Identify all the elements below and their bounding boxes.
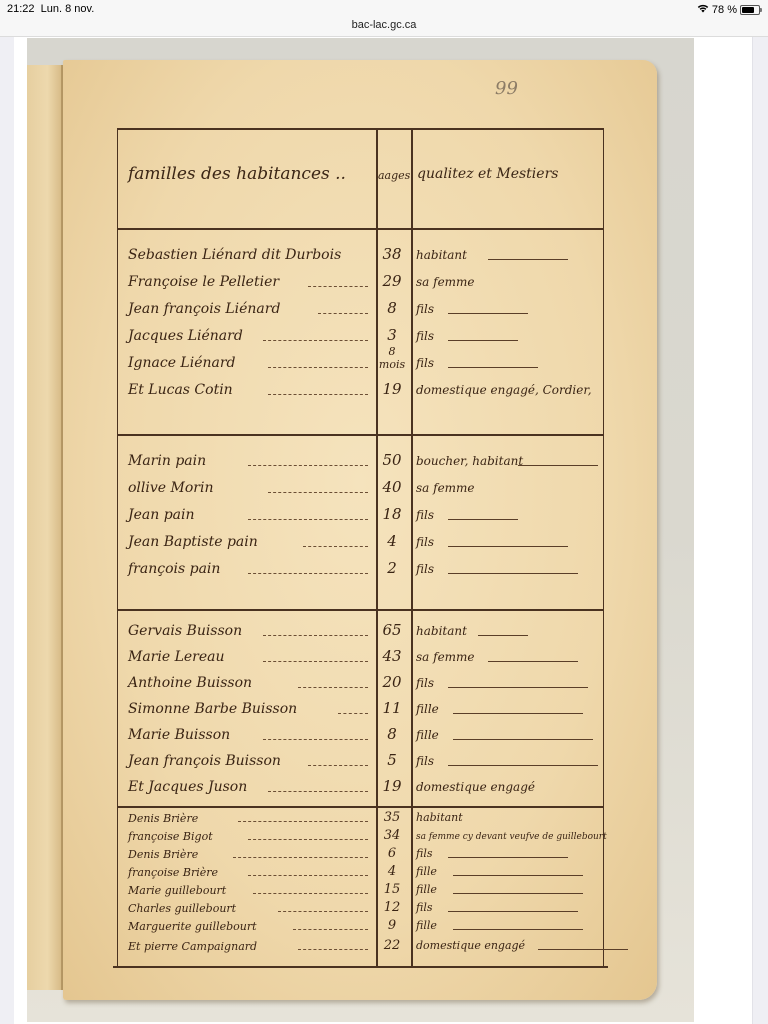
member-age: 8 bbox=[374, 299, 410, 317]
member-age: 8 bbox=[374, 725, 410, 743]
member-age: 4 bbox=[374, 532, 410, 550]
manuscript-scan: 99 familles des habitances .. aages qual… bbox=[27, 38, 694, 1022]
member-name: françois pain bbox=[128, 561, 220, 577]
member-quality: fille bbox=[416, 702, 439, 716]
leader-dots bbox=[248, 519, 368, 520]
member-quality: habitant bbox=[416, 248, 467, 262]
quality-line bbox=[448, 911, 578, 912]
member-quality: fille bbox=[416, 865, 437, 878]
member-age: 4 bbox=[374, 864, 410, 879]
leader-dots bbox=[263, 340, 368, 341]
quality-line bbox=[448, 857, 568, 858]
member-name: Jean Baptiste pain bbox=[128, 534, 258, 550]
member-name: Denis Brière bbox=[128, 812, 198, 825]
quality-line bbox=[453, 893, 583, 894]
member-quality: fille bbox=[416, 919, 437, 932]
member-quality: sa femme bbox=[416, 481, 475, 495]
member-quality: sa femme bbox=[416, 275, 475, 289]
member-age: 43 bbox=[374, 647, 410, 665]
status-right: 78 % bbox=[697, 3, 760, 16]
table-row: ollive Morin 40 sa femme bbox=[118, 473, 603, 500]
leader-dots bbox=[293, 929, 368, 930]
member-name: Marie Lereau bbox=[128, 649, 225, 665]
header-families: familles des habitances .. bbox=[128, 164, 346, 184]
member-age: 22 bbox=[374, 938, 410, 953]
member-quality: sa femme bbox=[416, 650, 475, 664]
table-row: Et Lucas Cotin 19 domestique engagé, Cor… bbox=[118, 375, 603, 402]
member-quality: fils bbox=[416, 847, 433, 860]
member-age: 18 bbox=[374, 505, 410, 523]
member-quality: domestique engagé, Cordier, bbox=[416, 383, 592, 397]
member-name: Anthoine Buisson bbox=[128, 675, 252, 691]
member-age: 9 bbox=[374, 918, 410, 933]
leader-dots bbox=[248, 875, 368, 876]
table-row: Simonne Barbe Buisson 11 fille bbox=[118, 694, 603, 721]
quality-line bbox=[448, 313, 528, 314]
member-quality: fils bbox=[416, 901, 433, 914]
member-name: Marie Buisson bbox=[128, 727, 230, 743]
family-separator bbox=[118, 609, 603, 611]
member-quality: fils bbox=[416, 329, 434, 343]
quality-line bbox=[488, 259, 568, 260]
member-name: Françoise le Pelletier bbox=[128, 274, 279, 290]
leader-dots bbox=[298, 687, 368, 688]
leader-dots bbox=[268, 791, 368, 792]
member-age: 12 bbox=[374, 900, 410, 915]
member-name: Marie guillebourt bbox=[128, 884, 226, 897]
status-time: 21:22 Lun. 8 nov. bbox=[7, 3, 94, 15]
member-age: 3 bbox=[374, 326, 410, 344]
member-age: 20 bbox=[374, 673, 410, 691]
leader-dots bbox=[263, 661, 368, 662]
quality-line bbox=[488, 661, 578, 662]
battery-icon bbox=[740, 5, 760, 15]
member-age: 11 bbox=[374, 699, 410, 717]
member-quality: fille bbox=[416, 883, 437, 896]
member-quality: boucher, habitant bbox=[416, 454, 523, 468]
quality-line bbox=[453, 739, 593, 740]
member-age: 5 bbox=[374, 751, 410, 769]
table-row: Jean françois Buisson 5 fils bbox=[118, 746, 603, 773]
member-quality: fils bbox=[416, 535, 434, 549]
manuscript-page: 99 familles des habitances .. aages qual… bbox=[63, 60, 657, 1000]
member-name: Gervais Buisson bbox=[128, 623, 242, 639]
quality-line bbox=[453, 875, 583, 876]
leader-dots bbox=[233, 857, 368, 858]
member-quality: fils bbox=[416, 676, 434, 690]
leader-dots bbox=[263, 635, 368, 636]
battery-percent: 78 % bbox=[712, 4, 737, 16]
member-age: 38 bbox=[374, 245, 410, 263]
table-row: Jean pain 18 fils bbox=[118, 500, 603, 527]
leader-dots bbox=[248, 839, 368, 840]
member-name: françoise Bigot bbox=[128, 830, 213, 843]
member-quality: fils bbox=[416, 356, 434, 370]
table-row: Jean Baptiste pain 4 fils bbox=[118, 527, 603, 554]
member-age: 35 bbox=[374, 810, 410, 825]
table-row: Marguerite guillebourt 9 fille bbox=[118, 916, 603, 937]
member-quality: habitant bbox=[416, 624, 467, 638]
member-age: 19 bbox=[374, 380, 410, 398]
member-name: Et Jacques Juson bbox=[128, 779, 247, 795]
member-name: Sebastien Liénard dit Durbois bbox=[128, 247, 341, 263]
quality-line bbox=[538, 949, 628, 950]
header-separator bbox=[118, 228, 603, 230]
table-row: Sebastien Liénard dit Durbois 38 habitan… bbox=[118, 240, 603, 267]
leader-dots bbox=[248, 465, 368, 466]
member-name: Denis Brière bbox=[128, 848, 198, 861]
table-row: Françoise le Pelletier 29 sa femme bbox=[118, 267, 603, 294]
member-age: 40 bbox=[374, 478, 410, 496]
member-name: Et Lucas Cotin bbox=[128, 382, 233, 398]
table-row: Marin pain 50 boucher, habitant bbox=[118, 446, 603, 473]
member-quality: fils bbox=[416, 302, 434, 316]
folio-number: 99 bbox=[495, 78, 518, 99]
header-age: aages bbox=[378, 169, 410, 182]
member-quality: fils bbox=[416, 754, 434, 768]
leader-dots bbox=[268, 394, 368, 395]
member-quality: habitant bbox=[416, 811, 463, 824]
leader-dots bbox=[248, 573, 368, 574]
table-row: Anthoine Buisson 20 fils bbox=[118, 668, 603, 695]
leader-dots bbox=[303, 546, 368, 547]
table-row: françois pain 2 fils bbox=[118, 554, 603, 581]
table-row: Jean françois Liénard 8 fils bbox=[118, 294, 603, 321]
leader-dots bbox=[268, 492, 368, 493]
quality-line bbox=[453, 713, 583, 714]
leader-dots bbox=[318, 313, 368, 314]
quality-line bbox=[448, 367, 538, 368]
member-age: 6 bbox=[374, 846, 410, 861]
quality-line bbox=[448, 765, 598, 766]
table-row: Ignace Liénard 8 mois fils bbox=[118, 348, 603, 375]
leader-dots bbox=[308, 765, 368, 766]
table-row: Gervais Buisson 65 habitant bbox=[118, 616, 603, 643]
table-row: Marie Lereau 43 sa femme bbox=[118, 642, 603, 669]
left-gutter bbox=[0, 37, 14, 1024]
member-name: Charles guillebourt bbox=[128, 902, 236, 915]
member-name: Jean françois Liénard bbox=[128, 301, 280, 317]
address-bar[interactable]: bac-lac.gc.ca bbox=[0, 18, 768, 37]
header-quality: qualitez et Mestiers bbox=[417, 166, 558, 182]
table-top-border bbox=[118, 128, 603, 130]
leader-dots bbox=[298, 949, 368, 950]
leader-dots bbox=[268, 367, 368, 368]
member-quality: domestique engagé bbox=[416, 939, 525, 952]
quality-line bbox=[448, 687, 588, 688]
member-age: 34 bbox=[374, 828, 410, 843]
member-name: Marin pain bbox=[128, 453, 206, 469]
quality-line bbox=[448, 340, 518, 341]
member-age: 15 bbox=[374, 882, 410, 897]
leader-dots bbox=[238, 821, 368, 822]
quality-line bbox=[478, 635, 528, 636]
member-quality: fils bbox=[416, 508, 434, 522]
member-name: françoise Brière bbox=[128, 866, 218, 879]
quality-line bbox=[518, 465, 598, 466]
member-name: Simonne Barbe Buisson bbox=[128, 701, 297, 717]
table-row: Marie Buisson 8 fille bbox=[118, 720, 603, 747]
member-name: Jean pain bbox=[128, 507, 195, 523]
leader-dots bbox=[338, 713, 368, 714]
member-age: 65 bbox=[374, 621, 410, 639]
member-age: 2 bbox=[374, 559, 410, 577]
status-bar: 21:22 Lun. 8 nov. 78 % bbox=[0, 0, 768, 18]
member-age: 50 bbox=[374, 451, 410, 469]
member-age: 29 bbox=[374, 272, 410, 290]
member-name: Jean françois Buisson bbox=[128, 753, 281, 769]
member-name: Et pierre Campaignard bbox=[128, 940, 257, 953]
member-name: ollive Morin bbox=[128, 480, 213, 496]
table-row: Et Jacques Juson 19 domestique engagé bbox=[118, 772, 603, 799]
wifi-icon bbox=[697, 3, 709, 16]
member-quality: fils bbox=[416, 562, 434, 576]
member-name: Marguerite guillebourt bbox=[128, 920, 257, 933]
member-quality: sa femme cy devant veufve de guillebourt bbox=[416, 832, 607, 842]
member-age: 8 mois bbox=[374, 345, 410, 371]
member-age: 19 bbox=[374, 777, 410, 795]
table-row: Jacques Liénard 3 fils bbox=[118, 321, 603, 348]
scrollbar-track[interactable] bbox=[752, 37, 768, 1024]
member-name: Ignace Liénard bbox=[128, 355, 236, 371]
leader-dots bbox=[263, 739, 368, 740]
leader-dots bbox=[308, 286, 368, 287]
quality-line bbox=[448, 546, 568, 547]
family-separator bbox=[118, 434, 603, 436]
leader-dots bbox=[253, 893, 368, 894]
census-table: familles des habitances .. aages qualite… bbox=[117, 128, 604, 968]
member-quality: fille bbox=[416, 728, 439, 742]
member-name: Jacques Liénard bbox=[128, 328, 243, 344]
table-row: Et pierre Campaignard 22 domestique enga… bbox=[118, 936, 603, 957]
quality-line bbox=[448, 519, 518, 520]
facing-page-edge bbox=[27, 65, 63, 990]
leader-dots bbox=[278, 911, 368, 912]
table-bottom-border bbox=[113, 966, 608, 968]
quality-line bbox=[448, 573, 578, 574]
member-quality: domestique engagé bbox=[416, 780, 535, 794]
url-text[interactable]: bac-lac.gc.ca bbox=[352, 19, 417, 31]
quality-line bbox=[453, 929, 583, 930]
